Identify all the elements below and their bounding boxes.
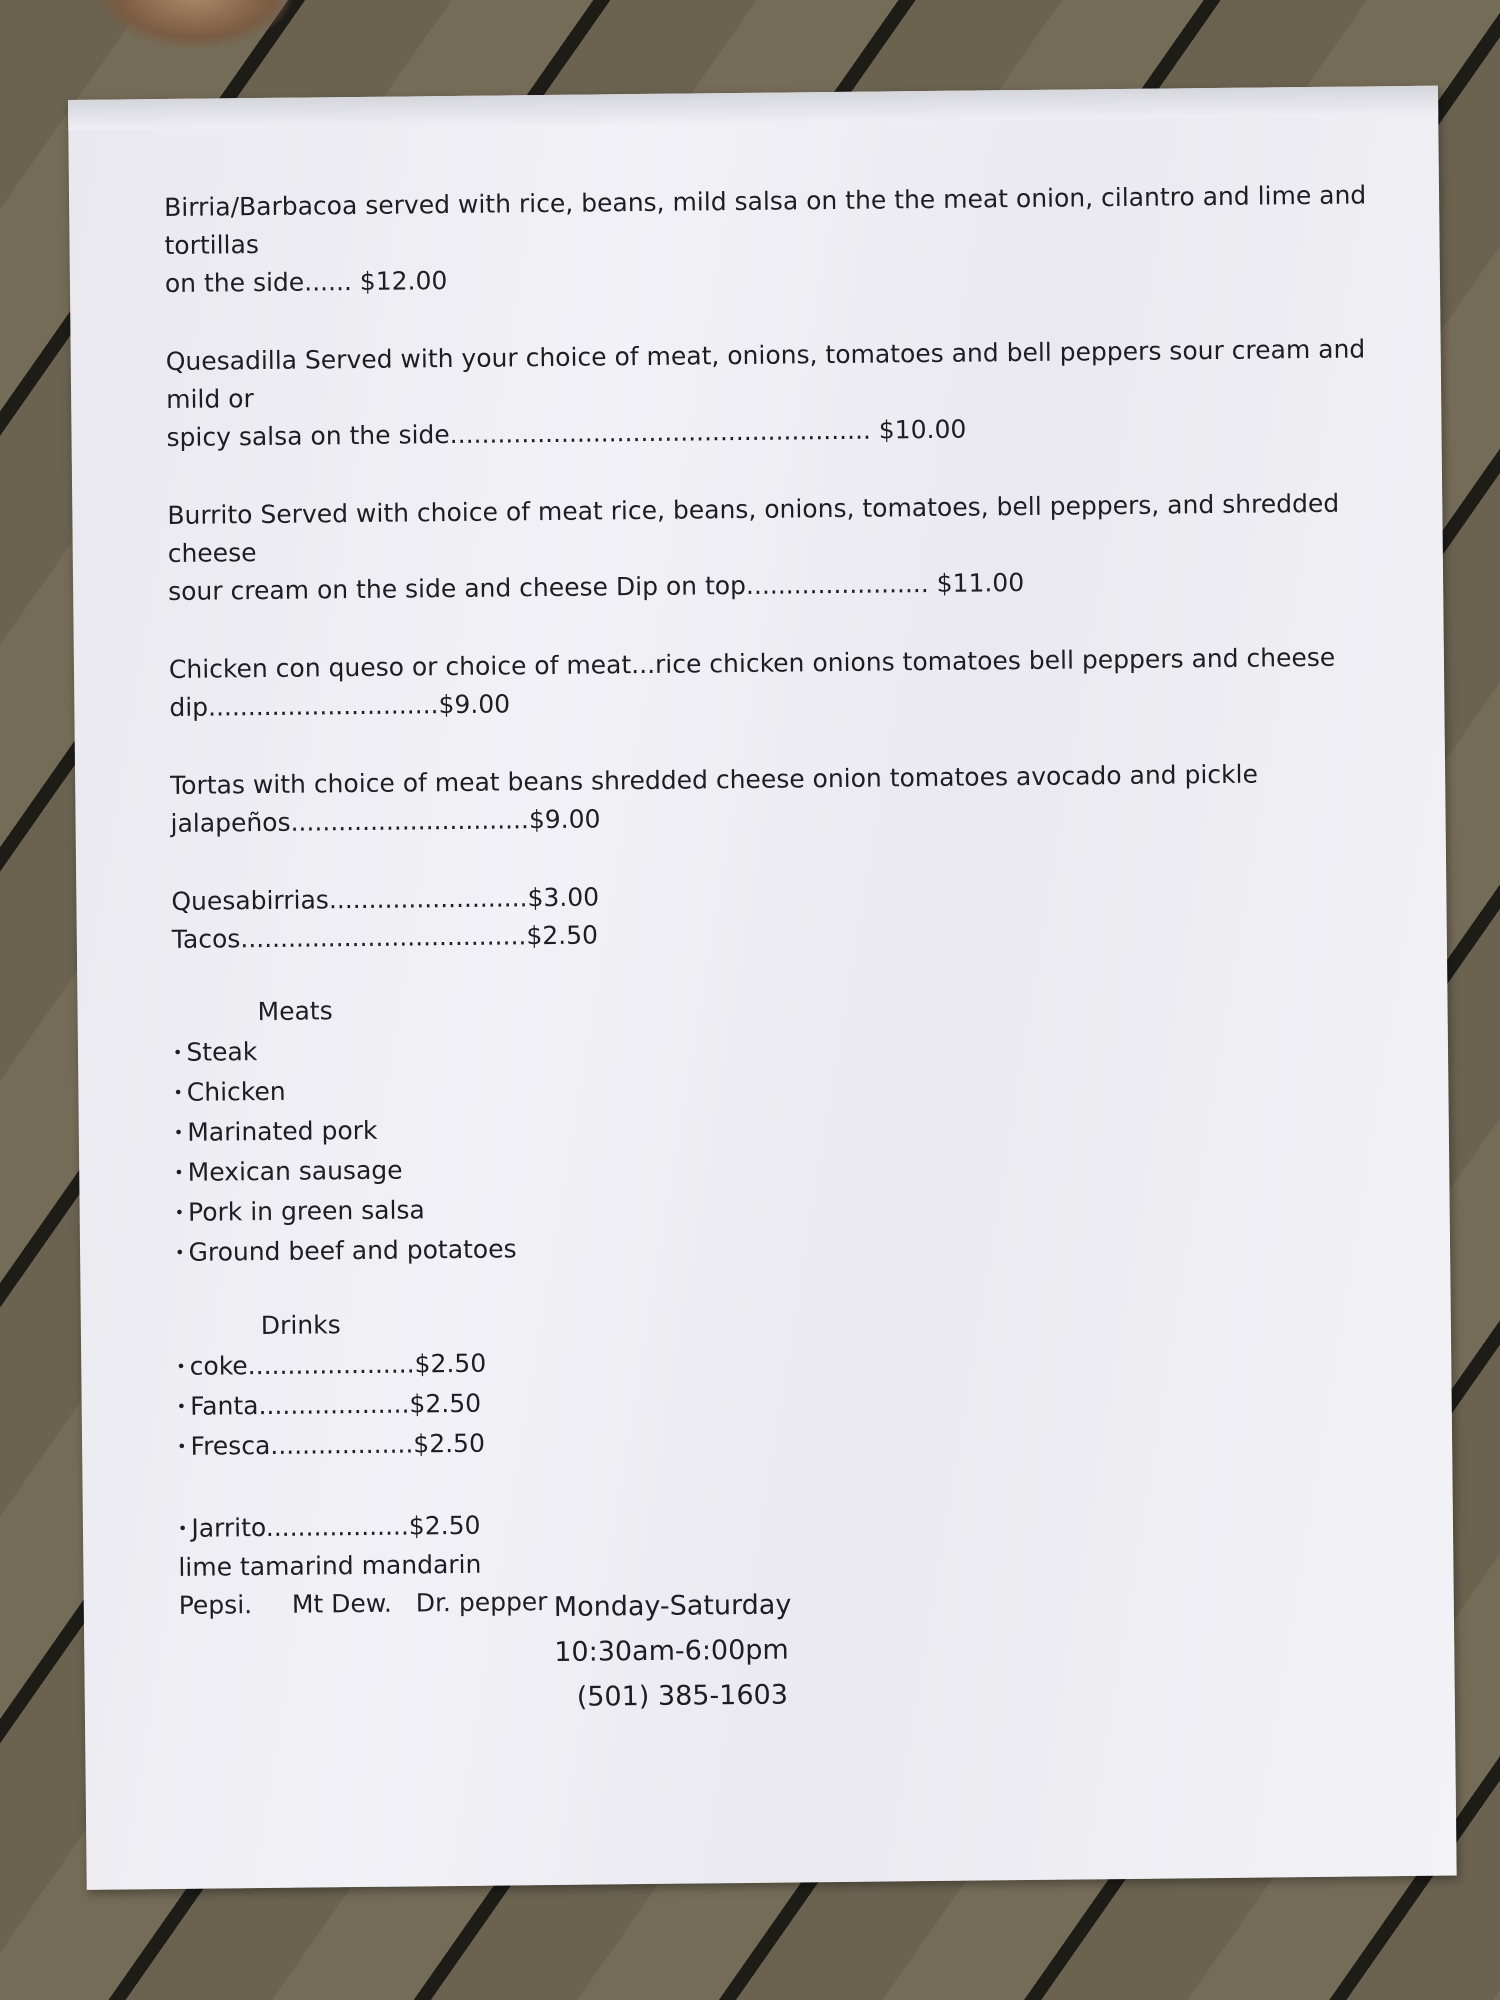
menu-item-quesadilla: Quesadilla Served with your choice of me… (166, 330, 1402, 457)
drinks-list: coke.....................$2.50 Fanta....… (176, 1334, 1412, 1467)
phone-number: (501) 385-1603 (555, 1673, 793, 1720)
business-info: Monday-Saturday 10:30am-6:00pm (501) 385… (554, 1583, 793, 1720)
menu-item-birria: Birria/Barbacoa served with rice, beans,… (164, 176, 1400, 303)
menu-paper: Birria/Barbacoa served with rice, beans,… (68, 86, 1457, 1890)
item-description: Burrito Served with choice of meat rice,… (167, 484, 1403, 573)
menu-content: Birria/Barbacoa served with rice, beans,… (164, 176, 1414, 1625)
menu-item-chicken-con-queso: Chicken con queso or choice of meat...ri… (169, 638, 1405, 727)
simple-items: Quesabirrias.........................$3.… (171, 870, 1407, 959)
menu-item-tortas: Tortas with choice of meat beans shredde… (170, 754, 1406, 843)
item-description: Birria/Barbacoa served with rice, beans,… (164, 176, 1400, 265)
item-description: Quesadilla Served with your choice of me… (166, 330, 1402, 419)
meats-list: Steak Chicken Marinated pork Mexican sau… (173, 1020, 1410, 1273)
business-days: Monday-Saturday (554, 1583, 792, 1630)
business-hours: 10:30am-6:00pm (554, 1628, 792, 1675)
menu-item-burrito: Burrito Served with choice of meat rice,… (167, 484, 1403, 611)
